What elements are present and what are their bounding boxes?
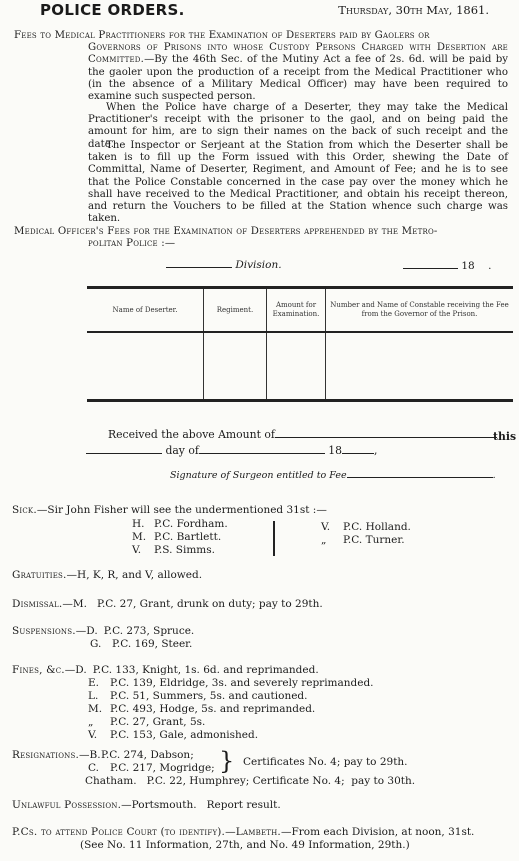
division-code: V. [321, 521, 343, 534]
fines-section: Fines, &c.—D.P.C. 133, Knight, 1s. 6d. a… [12, 664, 374, 742]
division-code: M. [132, 531, 154, 544]
cell-constable[interactable] [326, 332, 514, 401]
day-blank[interactable] [86, 444, 162, 454]
suspensions-label: Suspensions. [12, 625, 76, 638]
deserter-form-table: Name of Deserter. Regiment. Amount for E… [87, 286, 513, 402]
received-label: Received the above Amount of [108, 428, 275, 441]
fines-label: Fines, &c. [12, 664, 65, 677]
fine-item: P.C. 133, Knight, 1s. 6d. and reprimande… [93, 664, 319, 677]
amount-blank[interactable] [275, 428, 497, 438]
signature-blank[interactable] [347, 468, 493, 478]
fees-section: Fees to Medical Practitioners for the Ex… [14, 30, 508, 103]
dismissal-text: —M. P.C. 27, Grant, drunk on duty; pay t… [62, 598, 322, 610]
year-line: 18 . [403, 259, 491, 272]
police-court-note: (See No. 11 Information, 27th, and No. 4… [12, 839, 474, 852]
division-code: V. [88, 729, 110, 742]
sick-text: —Sir John Fisher will see the undermenti… [37, 504, 327, 516]
page-date: Thursday, 30th May, 1861. [338, 3, 489, 17]
year-prefix: 18 [461, 260, 474, 272]
division-label: Division. [235, 259, 281, 271]
fine-item: P.C. 153, Gale, admonished. [110, 729, 258, 742]
officer-name: P.C. Fordham. [154, 518, 228, 531]
resignations-label: Resignations. [12, 749, 79, 762]
dismissal-label: Dismissal. [12, 598, 62, 610]
unlawful-possession-section: Unlawful Possession.—Portsmouth. Report … [12, 799, 281, 812]
medical-officer-heading: Medical Officer's Fees for the Examinati… [14, 226, 508, 250]
year-blank[interactable] [342, 444, 374, 454]
officer-name: P.S. Simms. [154, 544, 215, 557]
cell-regiment[interactable] [204, 332, 267, 401]
fees-heading-body: —By the 46th Sec. of the Mutiny Act a fe… [88, 54, 508, 102]
sick-list-left: H.P.C. Fordham. M.P.C. Bartlett. V.P.S. … [132, 518, 228, 557]
col-amount: Amount for Examination. [267, 288, 326, 333]
division-code: L. [88, 690, 110, 703]
gratuities-text: —H, K, R, and V, allowed. [67, 569, 203, 581]
division-line: Division. [166, 258, 282, 271]
year-label: 18 [328, 444, 342, 457]
division-code: „ [88, 716, 110, 729]
fine-item: P.C. 493, Hodge, 5s. and reprimanded. [110, 703, 315, 716]
police-court-label: P.Cs. to attend Police Court (to identif… [12, 826, 225, 838]
resignation-chatham: Chatham. P.C. 22, Humphrey; Certificate … [12, 775, 415, 788]
day-line: day of 18, [86, 444, 377, 457]
received-line: Received the above Amount of [108, 428, 497, 441]
division-code: V. [132, 544, 154, 557]
resignation-item: P.C. 217, Mogridge; [110, 762, 215, 775]
police-court-place: —Lambeth. [225, 826, 281, 838]
sick-list-right: V.P.C. Holland. „P.C. Turner. [321, 521, 411, 547]
signature-line: Signature of Surgeon entitled to Fee. [170, 468, 496, 481]
suspension-item: P.C. 169, Steer. [112, 638, 192, 651]
mo-heading-line2: politan Police :— [14, 238, 508, 250]
resignation-item: P.C. 274, Dabson; [101, 749, 194, 762]
officer-name: P.C. Turner. [343, 534, 405, 547]
division-code: —D. [65, 664, 93, 677]
signature-label: Signature of Surgeon entitled to Fee [170, 470, 347, 481]
fees-heading-line2: Governors of Prisons into whose Custody … [88, 42, 486, 53]
list-item: M.P.C. Bartlett. [132, 531, 228, 544]
fine-item: P.C. 51, Summers, 5s. and cautioned. [110, 690, 307, 703]
division-code: H. [132, 518, 154, 531]
date-blank[interactable] [403, 259, 458, 269]
division-code: „ [321, 534, 343, 547]
unlawful-label: Unlawful Possession. [12, 799, 121, 811]
gratuities-label: Gratuities. [12, 569, 67, 581]
fees-para-3: The Inspector or Serjeant at the Station… [88, 140, 508, 225]
division-code: M. [88, 703, 110, 716]
day-of-label: day of [165, 444, 198, 457]
list-item: „P.C. Turner. [321, 534, 411, 547]
col-name-of-deserter: Name of Deserter. [87, 288, 204, 333]
division-code: E. [88, 677, 110, 690]
officer-name: P.C. Holland. [343, 521, 411, 534]
column-divider [273, 521, 275, 556]
division-code: C. [88, 762, 110, 775]
fine-item: P.C. 27, Grant, 5s. [110, 716, 205, 729]
cell-name[interactable] [87, 332, 204, 401]
list-item: H.P.C. Fordham. [132, 518, 228, 531]
col-regiment: Regiment. [204, 288, 267, 333]
sick-label: Sick. [12, 504, 37, 516]
cell-amount[interactable] [267, 332, 326, 401]
police-court-text: —From each Division, at noon, 31st. [281, 826, 474, 838]
police-court-section: P.Cs. to attend Police Court (to identif… [12, 826, 474, 852]
page-title: POLICE ORDERS. [40, 1, 185, 19]
division-code: G. [90, 638, 112, 651]
suspension-item: P.C. 273, Spruce. [104, 625, 194, 638]
list-item: V.P.S. Simms. [132, 544, 228, 557]
col-constable: Number and Name of Constable receiving t… [326, 288, 514, 333]
fees-heading-line1: Fees to Medical Practitioners for the Ex… [14, 30, 508, 42]
division-blank[interactable] [166, 258, 232, 268]
officer-name: P.C. Bartlett. [154, 531, 221, 544]
dismissal-section: Dismissal.—M. P.C. 27, Grant, drunk on d… [12, 598, 323, 611]
sick-section: Sick.—Sir John Fisher will see the under… [12, 504, 327, 517]
suspensions-section: Suspensions.—D.P.C. 273, Spruce. G.P.C. … [12, 625, 194, 651]
division-code: —D. [76, 625, 98, 638]
division-code: —B. [79, 749, 101, 762]
unlawful-text: —Portsmouth. Report result. [121, 799, 281, 811]
gratuities-section: Gratuities.—H, K, R, and V, allowed. [12, 569, 202, 582]
brace: } [219, 749, 234, 773]
fine-item: P.C. 139, Eldridge, 3s. and severely rep… [110, 677, 374, 690]
this-label: this [493, 430, 516, 443]
bracket-note: Certificates No. 4; pay to 29th. [243, 756, 408, 769]
mo-heading-line1: Medical Officer's Fees for the Examinati… [14, 226, 508, 238]
list-item: V.P.C. Holland. [321, 521, 411, 534]
month-blank[interactable] [199, 444, 325, 454]
